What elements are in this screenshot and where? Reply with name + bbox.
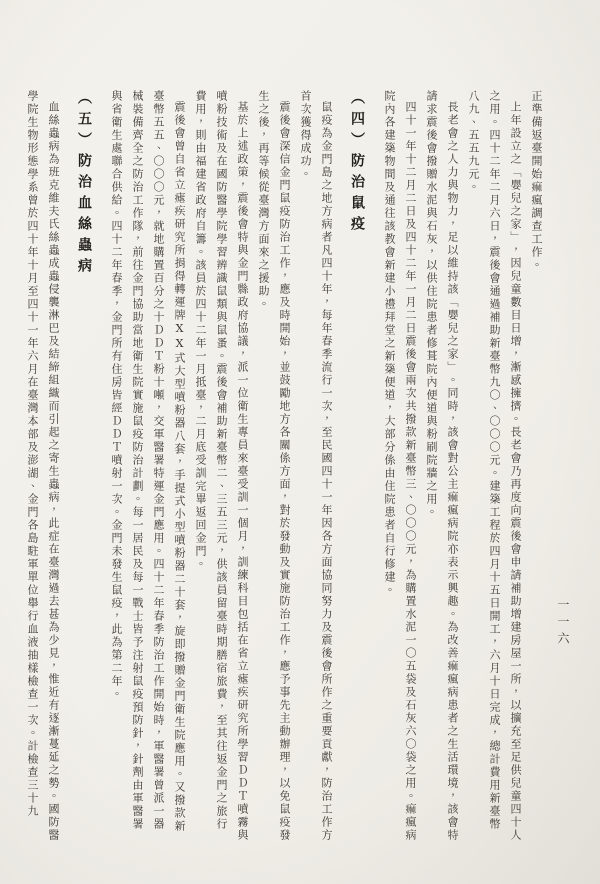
paragraph-cement-lime-grant: 四十一年十二月二日及四十二年一月二日震後會兩次共撥款新臺幣三、〇〇〇元，為購置水…: [379, 90, 421, 842]
paragraph-orphanage-expansion: 上年設立之「嬰兒之家」，因兒童數目日增，漸感擁擠。長老會乃再度向震後會申請補助增…: [463, 90, 526, 842]
paragraph-leprosy-hospital: 長老會之人力與物力，足以維持該「嬰兒之家」。同時，該會對公主痲瘋病院亦表示興趣。…: [421, 90, 463, 842]
paragraph-continuation: 正準備返臺開始痲瘋調查工作。: [526, 90, 547, 842]
section-heading-plague-control: （四）防治鼠疫: [344, 90, 370, 842]
paragraph-plague-history: 鼠疫為金門島之地方病者凡四十年，每年春季流行一次，至民國四十一年因各方面協同努力…: [295, 90, 337, 842]
scanned-book-page: 一一六 正準備返臺開始痲瘋調查工作。 上年設立之「嬰兒之家」，因兒童數目日增，漸…: [0, 0, 600, 884]
paragraph-filariasis-survey: 血絲蟲病為班克維夫氏絲蟲成蟲侵襲淋巴及結締組織而引起之寄生蟲病，此症在臺灣過去甚…: [22, 90, 64, 842]
vertical-text-block: 正準備返臺開始痲瘋調查工作。 上年設立之「嬰兒之家」，因兒童數目日增，漸感擁擠。…: [35, 90, 547, 842]
paragraph-ddt-dusters-grant: 震後會曾自省立瘧疾研究所捐得轉運牌ⅩⅩ式大型噴粉器八套，手提式小型噴粉器二十套，…: [106, 90, 190, 842]
paragraph-health-officer-training: 基於上述政策，震後會特與金門縣政府協議，派一位衛生專員來臺受訓一個月，訓練科目包…: [190, 90, 253, 842]
section-heading-filariasis-control: （五）防治血絲蟲病: [71, 90, 97, 842]
page-number: 一一六: [555, 598, 572, 649]
paragraph-plague-policy: 震後會深信金門鼠疫防治工作，應及時開始，並鼓勵地方各關係方面，對於發動及實施防治…: [253, 90, 295, 842]
